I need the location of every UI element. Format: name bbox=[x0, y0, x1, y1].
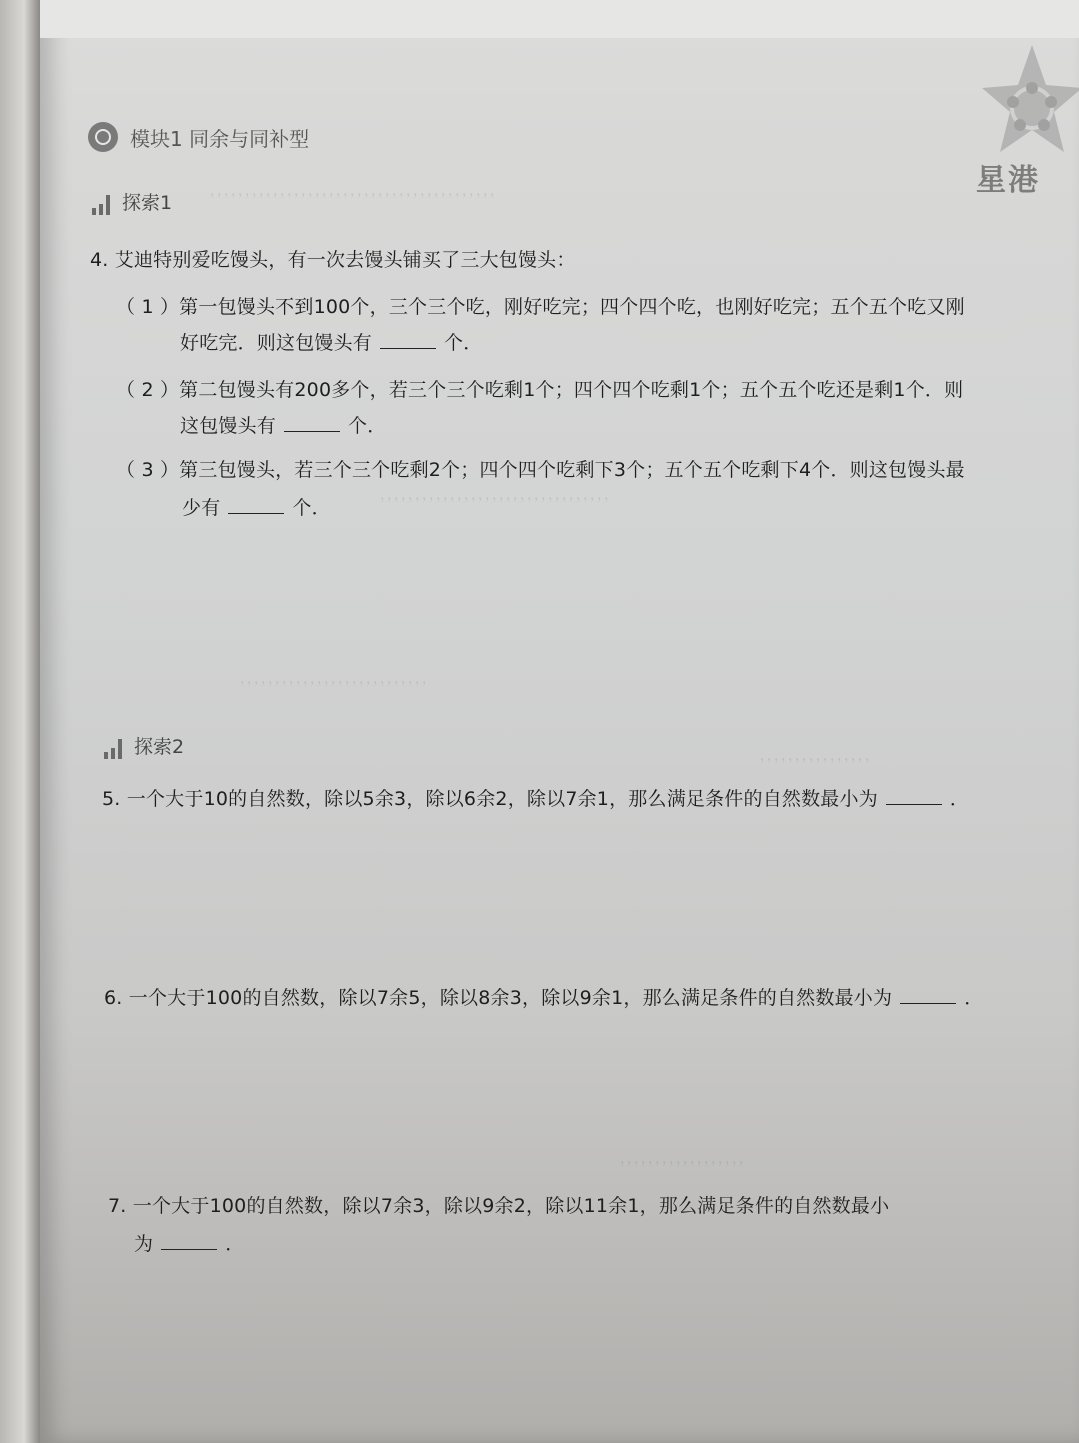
problem-text: 一个大于10的自然数，除以5余3，除以6余2，除以7余1，那么满足条件的自然数最… bbox=[127, 788, 878, 810]
answer-blank[interactable] bbox=[228, 497, 284, 514]
page-top-band bbox=[40, 0, 1079, 38]
problem-end: ． bbox=[964, 987, 983, 1009]
part-text: 少有 bbox=[182, 497, 220, 519]
problem-number: 4. bbox=[90, 249, 109, 271]
problem-6: 6. 一个大于100的自然数，除以7余5，除以8余3，除以9余1，那么满足条件的… bbox=[104, 983, 983, 1010]
section-header-explore-2: 探索2 bbox=[104, 732, 184, 759]
section-title: 探索1 bbox=[122, 188, 172, 215]
problem-5: 5. 一个大于10的自然数，除以5余3，除以6余2，除以7余1，那么满足条件的自… bbox=[102, 784, 969, 811]
problem-text: 一个大于100的自然数，除以7余5，除以8余3，除以9余1，那么满足条件的自然数… bbox=[129, 987, 892, 1009]
part-text: 个． bbox=[348, 415, 386, 437]
part-label: （ 3 ） bbox=[116, 459, 179, 481]
part-text: 这包馒头有 bbox=[180, 415, 276, 437]
problem-text: 一个大于100的自然数，除以7余3，除以9余2，除以11余1，那么满足条件的自然… bbox=[133, 1195, 890, 1217]
problem-number: 6. bbox=[104, 987, 123, 1009]
problem-4-stem: 4. 艾迪特别爱吃馒头，有一次去馒头铺买了三大包馒头： bbox=[90, 245, 576, 272]
answer-blank[interactable] bbox=[886, 788, 942, 805]
answer-blank[interactable] bbox=[380, 332, 436, 349]
part-label: （ 1 ） bbox=[116, 296, 179, 318]
problem-7-line-1: 7. 一个大于100的自然数，除以7余3，除以9余2，除以11余1，那么满足条件… bbox=[108, 1191, 889, 1218]
part-text: 个． bbox=[444, 332, 482, 354]
part-text: 个． bbox=[292, 497, 330, 519]
problem-4-part-1-line-1: （ 1 ）第一包馒头不到100个，三个三个吃，刚好吃完；四个四个吃，也刚好吃完；… bbox=[116, 292, 965, 319]
bleed-through-text: ，，，，，，，，，，，，，，，， bbox=[760, 745, 879, 765]
signal-bars-icon bbox=[92, 193, 110, 215]
module-header: 模块1 同余与同补型 bbox=[88, 122, 309, 152]
answer-blank[interactable] bbox=[284, 415, 340, 432]
module-title: 模块1 同余与同补型 bbox=[130, 123, 309, 152]
answer-blank[interactable] bbox=[161, 1233, 217, 1250]
part-text: 好吃完．则这包馒头有 bbox=[180, 332, 372, 354]
problem-text: 为 bbox=[134, 1233, 153, 1255]
section-title: 探索2 bbox=[134, 732, 184, 759]
problem-text: 艾迪特别爱吃馒头，有一次去馒头铺买了三大包馒头： bbox=[115, 249, 576, 271]
answer-blank[interactable] bbox=[900, 987, 956, 1004]
brand-logo-text: 星港 bbox=[976, 155, 1040, 199]
problem-number: 7. bbox=[108, 1195, 127, 1217]
problem-end: ． bbox=[950, 788, 969, 810]
problem-number: 5. bbox=[102, 788, 121, 810]
book-spine-edge bbox=[0, 0, 40, 1443]
problem-4-part-3-line-1: （ 3 ）第三包馒头，若三个三个吃剩2个；四个四个吃剩下3个；五个五个吃剩下4个… bbox=[116, 455, 965, 482]
workbook-page bbox=[40, 0, 1079, 1443]
signal-bars-icon bbox=[104, 737, 122, 759]
problem-7-line-2: 为． bbox=[134, 1229, 244, 1256]
problem-end: ． bbox=[225, 1233, 244, 1255]
bleed-through-text: ，，，，，，，，，，，，，，，，，，，，，，，，，，，，，，，，， bbox=[380, 484, 618, 504]
problem-4-part-2-line-1: （ 2 ）第二包馒头有200多个，若三个三个吃剩1个；四个四个吃剩1个；五个五个… bbox=[116, 375, 963, 402]
problem-4-part-3-line-2: 少有个． bbox=[182, 493, 331, 520]
part-text: 第三包馒头，若三个三个吃剩2个；四个四个吃剩下3个；五个五个吃剩下4个．则这包馒… bbox=[179, 459, 965, 481]
problem-4-part-1-line-2: 好吃完．则这包馒头有个． bbox=[180, 328, 482, 355]
lightbulb-icon bbox=[88, 122, 118, 152]
section-header-explore-1: 探索1 bbox=[92, 188, 172, 215]
problem-4-part-2-line-2: 这包馒头有个． bbox=[180, 411, 386, 438]
part-text: 第一包馒头不到100个，三个三个吃，刚好吃完；四个四个吃，也刚好吃完；五个五个吃… bbox=[179, 296, 965, 318]
part-text: 第二包馒头有200多个，若三个三个吃剩1个；四个四个吃剩1个；五个五个吃还是剩1… bbox=[179, 379, 963, 401]
part-label: （ 2 ） bbox=[116, 379, 179, 401]
bleed-through-text: ，，，，，，，，，，，，，，，，，， bbox=[620, 1148, 753, 1168]
bleed-through-text: ，，，，，，，，，，，，，，，，，，，，，，，，，，， bbox=[240, 668, 436, 688]
bleed-through-text: ，，，，，，，，，，，，，，，，，，，，，，，，，，，，，，，，，，，，，，，，… bbox=[210, 180, 504, 200]
